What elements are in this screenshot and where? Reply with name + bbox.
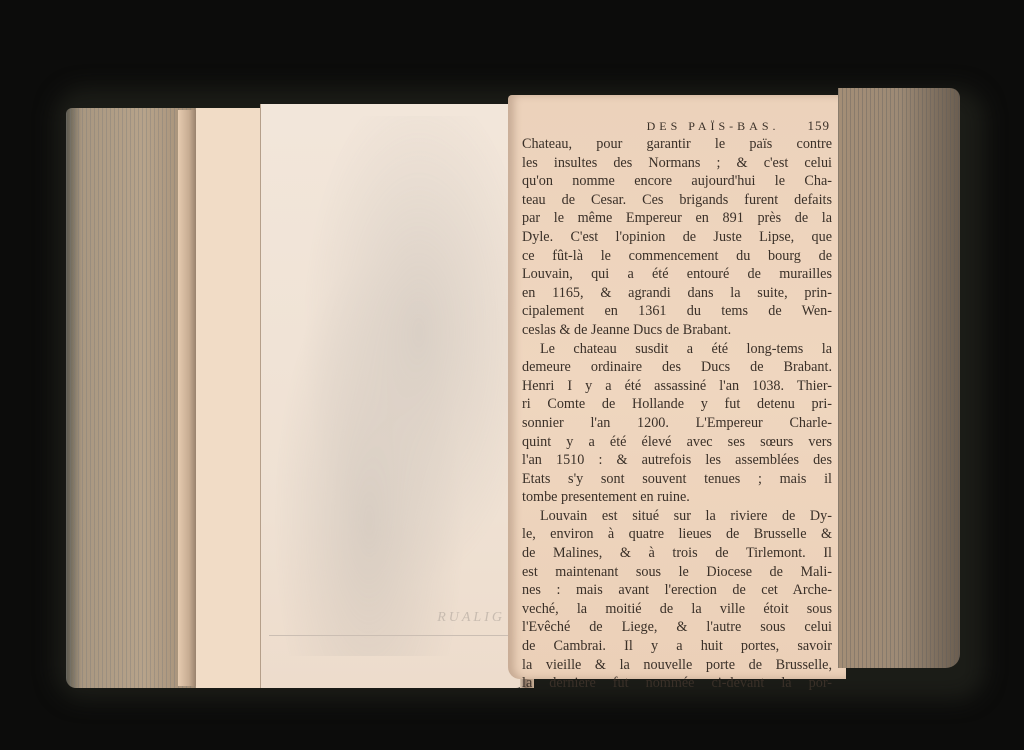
text-line: l'an 1510 : & autrefois les assemblées d… [522, 451, 832, 470]
text-line: Henri I y a été assassiné l'an 1038. Thi… [522, 377, 832, 396]
text-line: qu'on nomme encore aujourd'hui le Cha- [522, 172, 832, 191]
text-line: en 1165, & agrandi dans la suite, prin- [522, 284, 832, 303]
text-line: nes : mais avant l'erection de cet Arche… [522, 581, 832, 600]
text-line: la vieille & la nouvelle porte de Brusse… [522, 656, 832, 675]
left-fore-edge [66, 108, 196, 688]
text-line: l'Evêché de Liege, & l'autre sous celui [522, 618, 832, 637]
text-line: de Cambrai. Il y a huit portes, savoir [522, 637, 832, 656]
text-line: cipalement en 1361 du tems de Wen- [522, 302, 832, 321]
text-line: quint y a été élevé avec ses sœurs vers [522, 433, 832, 452]
plate-ghost-label: RUALIG [437, 610, 505, 626]
text-line: sonnier l'an 1200. L'Empereur Charle- [522, 414, 832, 433]
right-fore-edge [838, 88, 960, 668]
text-line: les insultes des Normans ; & c'est celui [522, 154, 832, 173]
text-line: Etats s'y sont souvent tenues ; mais il [522, 470, 832, 489]
text-line: ri Comte de Hollande y fut detenu pri- [522, 395, 832, 414]
open-book-photo: RUALIG DES PAÏS-BAS. 159 Chateau, pour g… [0, 0, 1024, 750]
right-page: DES PAÏS-BAS. 159 Chateau, pour garantir… [508, 95, 846, 679]
text-line: teau de Cesar. Ces brigands furent defai… [522, 191, 832, 210]
plate-bleed-through: RUALIG [269, 116, 519, 656]
text-line: Le chateau susdit a été long-tems la [522, 340, 832, 359]
text-line: Louvain, qui a été entouré de murailles [522, 265, 832, 284]
text-line: par le même Empereur en 891 près de la [522, 209, 832, 228]
left-page: RUALIG [260, 104, 526, 688]
text-line: le, environ à quatre lieues de Brusselle… [522, 525, 832, 544]
text-line: ceslas & de Jeanne Ducs de Brabant. [522, 321, 832, 340]
text-line: la derniere fut nommée ci-devant la por- [522, 674, 832, 693]
text-line: ce fût-là le commencement du bourg de [522, 247, 832, 266]
text-line: tombe presentement en ruine. [522, 488, 832, 507]
running-head-title: DES PAÏS-BAS. [647, 117, 780, 131]
left-inner-margin [196, 108, 260, 688]
text-line: de Malines, & à trois de Tirlemont. Il [522, 544, 832, 563]
text-line: veché, la moitié de la ville étoit sous [522, 600, 832, 619]
page-number: 159 [808, 117, 831, 131]
plate-border-line [269, 635, 519, 636]
page-text: DES PAÏS-BAS. 159 Chateau, pour garantir… [522, 121, 832, 693]
text-line: demeure ordinaire des Ducs de Brabant. [522, 358, 832, 377]
text-line: est maintenant sous le Diocese de Mali- [522, 563, 832, 582]
running-head: DES PAÏS-BAS. 159 [522, 117, 832, 131]
text-line: Chateau, pour garantir le païs contre [522, 135, 832, 154]
text-line: Dyle. C'est l'opinion de Juste Lipse, qu… [522, 228, 832, 247]
text-line: Louvain est situé sur la riviere de Dy- [522, 507, 832, 526]
